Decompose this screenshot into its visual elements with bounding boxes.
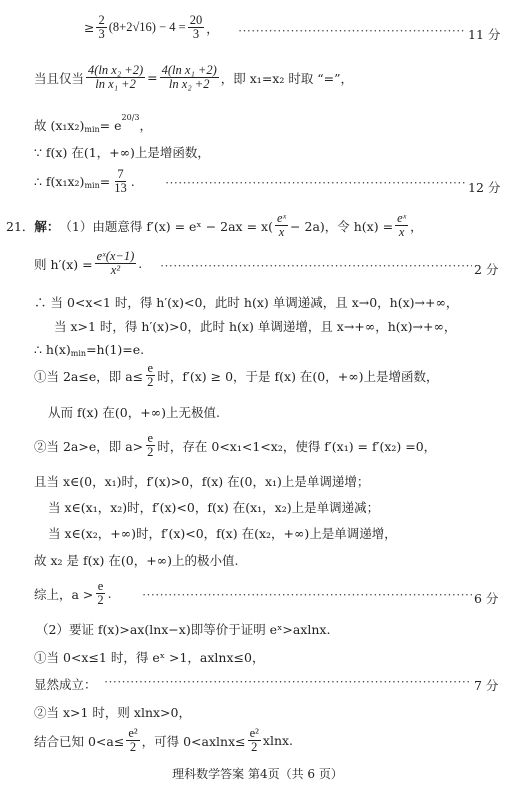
text: ∴ 当 0<x<1 时，得 h′(x)<0，此时 h(x) 单调递减，且 x→0… — [34, 293, 458, 311]
leader-dots: ········································… — [142, 588, 472, 603]
text: 当 x>1 时，得 h′(x)>0，此时 h(x) 单调递增，且 x→+∞，h(… — [54, 317, 456, 335]
formula-line-19: （2）要证 f(x)>ax(lnx−x)即等价于证明 eˣ>axlnx. — [36, 620, 330, 638]
fraction: e²2 — [248, 727, 261, 754]
text: 结合已知 0<a≤ — [34, 732, 124, 750]
text: ∴ h(x) — [34, 342, 71, 357]
text: 当且仅当 — [34, 69, 84, 87]
formula-line-15: 当 x∈(x₁，x₂)时，f′(x)<0，f(x) 在(x₁，x₂)上是单调递减… — [48, 498, 379, 516]
formula-line-13: ②当 2a>e，即 a> e2 时，存在 0<x₁<1<x₂，使得 f′(x₁)… — [34, 432, 436, 459]
formula-line-22: ②当 x>1 时，则 xlnx>0， — [34, 703, 191, 721]
formula-line-8: ∴ 当 0<x<1 时，得 h′(x)<0，此时 h(x) 单调递减，且 x→0… — [34, 293, 458, 311]
score-2: 2 分 — [474, 260, 498, 278]
punct: . — [108, 586, 112, 601]
text: （2）要证 f(x)>ax(lnx−x)即等价于证明 eˣ>axlnx. — [36, 620, 330, 638]
ge-sign: ≥ — [84, 20, 94, 35]
formula-line-10: ∴ h(x)min=h(1)=e. — [34, 342, 144, 357]
formula-line-18: 综上，a > e2 . — [34, 580, 112, 607]
fraction: 713 — [112, 168, 129, 195]
text: 故 x₂ 是 f(x) 在(0，+∞)上的极小值. — [34, 551, 238, 569]
fraction: eˣx — [395, 212, 408, 239]
formula-line-14: 且当 x∈(0，x₁)时，f′(x)>0，f(x) 在(0，x₁)上是单调递增； — [34, 472, 369, 490]
leader-dots: ········································… — [160, 259, 472, 274]
fraction: eˣx — [275, 212, 288, 239]
formula-line-17: 故 x₂ 是 f(x) 在(0，+∞)上的极小值. — [34, 551, 238, 569]
formula-line-21: 显然成立： — [34, 675, 97, 693]
text: ∴ f(x₁x₂) — [34, 174, 84, 189]
subscript: min — [84, 181, 99, 190]
formula-line-7: 则 h′(x) = eˣ(x−1)x² . — [34, 250, 142, 277]
punct: ， — [139, 116, 152, 134]
text: 从而 f(x) 在(0，+∞)上无极值. — [48, 403, 220, 421]
text: 时，存在 0<x₁<1<x₂，使得 f′(x₁) = f′(x₂) =0， — [157, 437, 436, 455]
fraction: e²2 — [126, 727, 139, 754]
text: 综上，a > — [34, 585, 93, 603]
fraction: eˣ(x−1)x² — [95, 250, 137, 277]
formula-line-9: 当 x>1 时，得 h′(x)>0，此时 h(x) 单调递增，且 x→+∞，h(… — [54, 317, 456, 335]
solution-label: 解： — [34, 217, 59, 235]
text: 当 x∈(x₂，+∞)时，f′(x)<0，f(x) 在(x₂，+∞)上是单调递增… — [48, 524, 397, 542]
text: （1）由题意得 f′(x) = eˣ − 2ax = x( — [59, 217, 273, 235]
formula-line-16: 当 x∈(x₂，+∞)时，f′(x)<0，f(x) 在(x₂，+∞)上是单调递增… — [48, 524, 397, 542]
formula-line-20: ①当 0<x≤1 时，得 eˣ >1，axlnx≤0， — [34, 648, 264, 666]
fraction: 203 — [188, 14, 205, 41]
subscript: min — [84, 125, 99, 134]
score-12: 12 分 — [468, 178, 500, 196]
punct: ， — [206, 19, 219, 37]
formula-line-23: 结合已知 0<a≤ e²2 ，可得 0<axlnx≤ e²2 xlnx. — [34, 727, 293, 754]
leader-dots: ········································… — [165, 176, 466, 191]
text: = — [100, 174, 110, 189]
fraction: 4(ln x₁ +2)ln x₂ +2 — [160, 64, 219, 91]
fraction: e2 — [145, 432, 155, 459]
text: 时，f′(x) ≥ 0，于是 f(x) 在(0，+∞)上是增函数， — [157, 367, 438, 385]
leader-dots: ········································… — [104, 675, 472, 690]
text: = e — [100, 118, 122, 133]
score-7: 7 分 — [474, 676, 498, 694]
formula-line-11: ①当 2a≤e，即 a≤ e2 时，f′(x) ≥ 0，于是 f(x) 在(0，… — [34, 362, 439, 389]
punct: . — [138, 256, 142, 271]
formula-line-1: ≥ 23 (8+2√16) − 4 = 203 ， — [84, 14, 219, 41]
expression: (8+2√16) − 4 = — [109, 20, 186, 35]
fraction: e2 — [95, 580, 105, 607]
text: 则 h′(x) = — [34, 255, 93, 273]
text: ，可得 0<axlnx≤ — [142, 732, 246, 750]
text: ①当 2a≤e，即 a≤ — [34, 367, 143, 385]
formula-line-5: ∴ f(x₁x₂)min = 713 . — [34, 168, 135, 195]
formula-line-2: 当且仅当 4(ln x₂ +2)ln x₁ +2 = 4(ln x₁ +2)ln… — [34, 64, 353, 91]
text: ②当 2a>e，即 a> — [34, 437, 143, 455]
formula-line-3: 故 (x₁x₂)min = e20/3 ， — [34, 116, 152, 134]
fraction: 23 — [96, 14, 106, 41]
punct: ， — [410, 217, 423, 235]
fraction: 4(ln x₂ +2)ln x₁ +2 — [86, 64, 145, 91]
leader-dots: ········································… — [238, 24, 466, 39]
text: 显然成立： — [34, 675, 97, 693]
text: 且当 x∈(0，x₁)时，f′(x)>0，f(x) 在(0，x₁)上是单调递增； — [34, 472, 369, 490]
text: 当 x∈(x₁，x₂)时，f′(x)<0，f(x) 在(x₁，x₂)上是单调递减… — [48, 498, 379, 516]
score-6: 6 分 — [474, 589, 498, 607]
text: xlnx. — [263, 733, 293, 748]
text: − 2a)，令 h(x) = — [290, 217, 393, 235]
text: =h(1)=e. — [86, 342, 144, 357]
page-footer: 理科数学答案 第4页（共 6 页） — [0, 765, 515, 782]
superscript: 20/3 — [122, 113, 140, 122]
question-number: 21． — [6, 217, 34, 235]
fraction: e2 — [145, 362, 155, 389]
subscript: min — [71, 349, 86, 358]
text: ①当 0<x≤1 时，得 eˣ >1，axlnx≤0， — [34, 648, 264, 666]
formula-line-4: ∵ f(x) 在(1，+∞)上是增函数， — [34, 143, 210, 161]
eq-sign: = — [147, 70, 157, 85]
punct: . — [131, 174, 135, 189]
text: 故 (x₁x₂) — [34, 116, 84, 134]
text: ∵ f(x) 在(1，+∞)上是增函数， — [34, 143, 210, 161]
formula-line-12: 从而 f(x) 在(0，+∞)上无极值. — [48, 403, 220, 421]
text: ，即 x₁=x₂ 时取 “=”， — [221, 69, 353, 87]
formula-line-6: 21． 解： （1）由题意得 f′(x) = eˣ − 2ax = x( eˣx… — [6, 212, 423, 239]
text: ②当 x>1 时，则 xlnx>0， — [34, 703, 191, 721]
score-11: 11 分 — [468, 25, 500, 43]
